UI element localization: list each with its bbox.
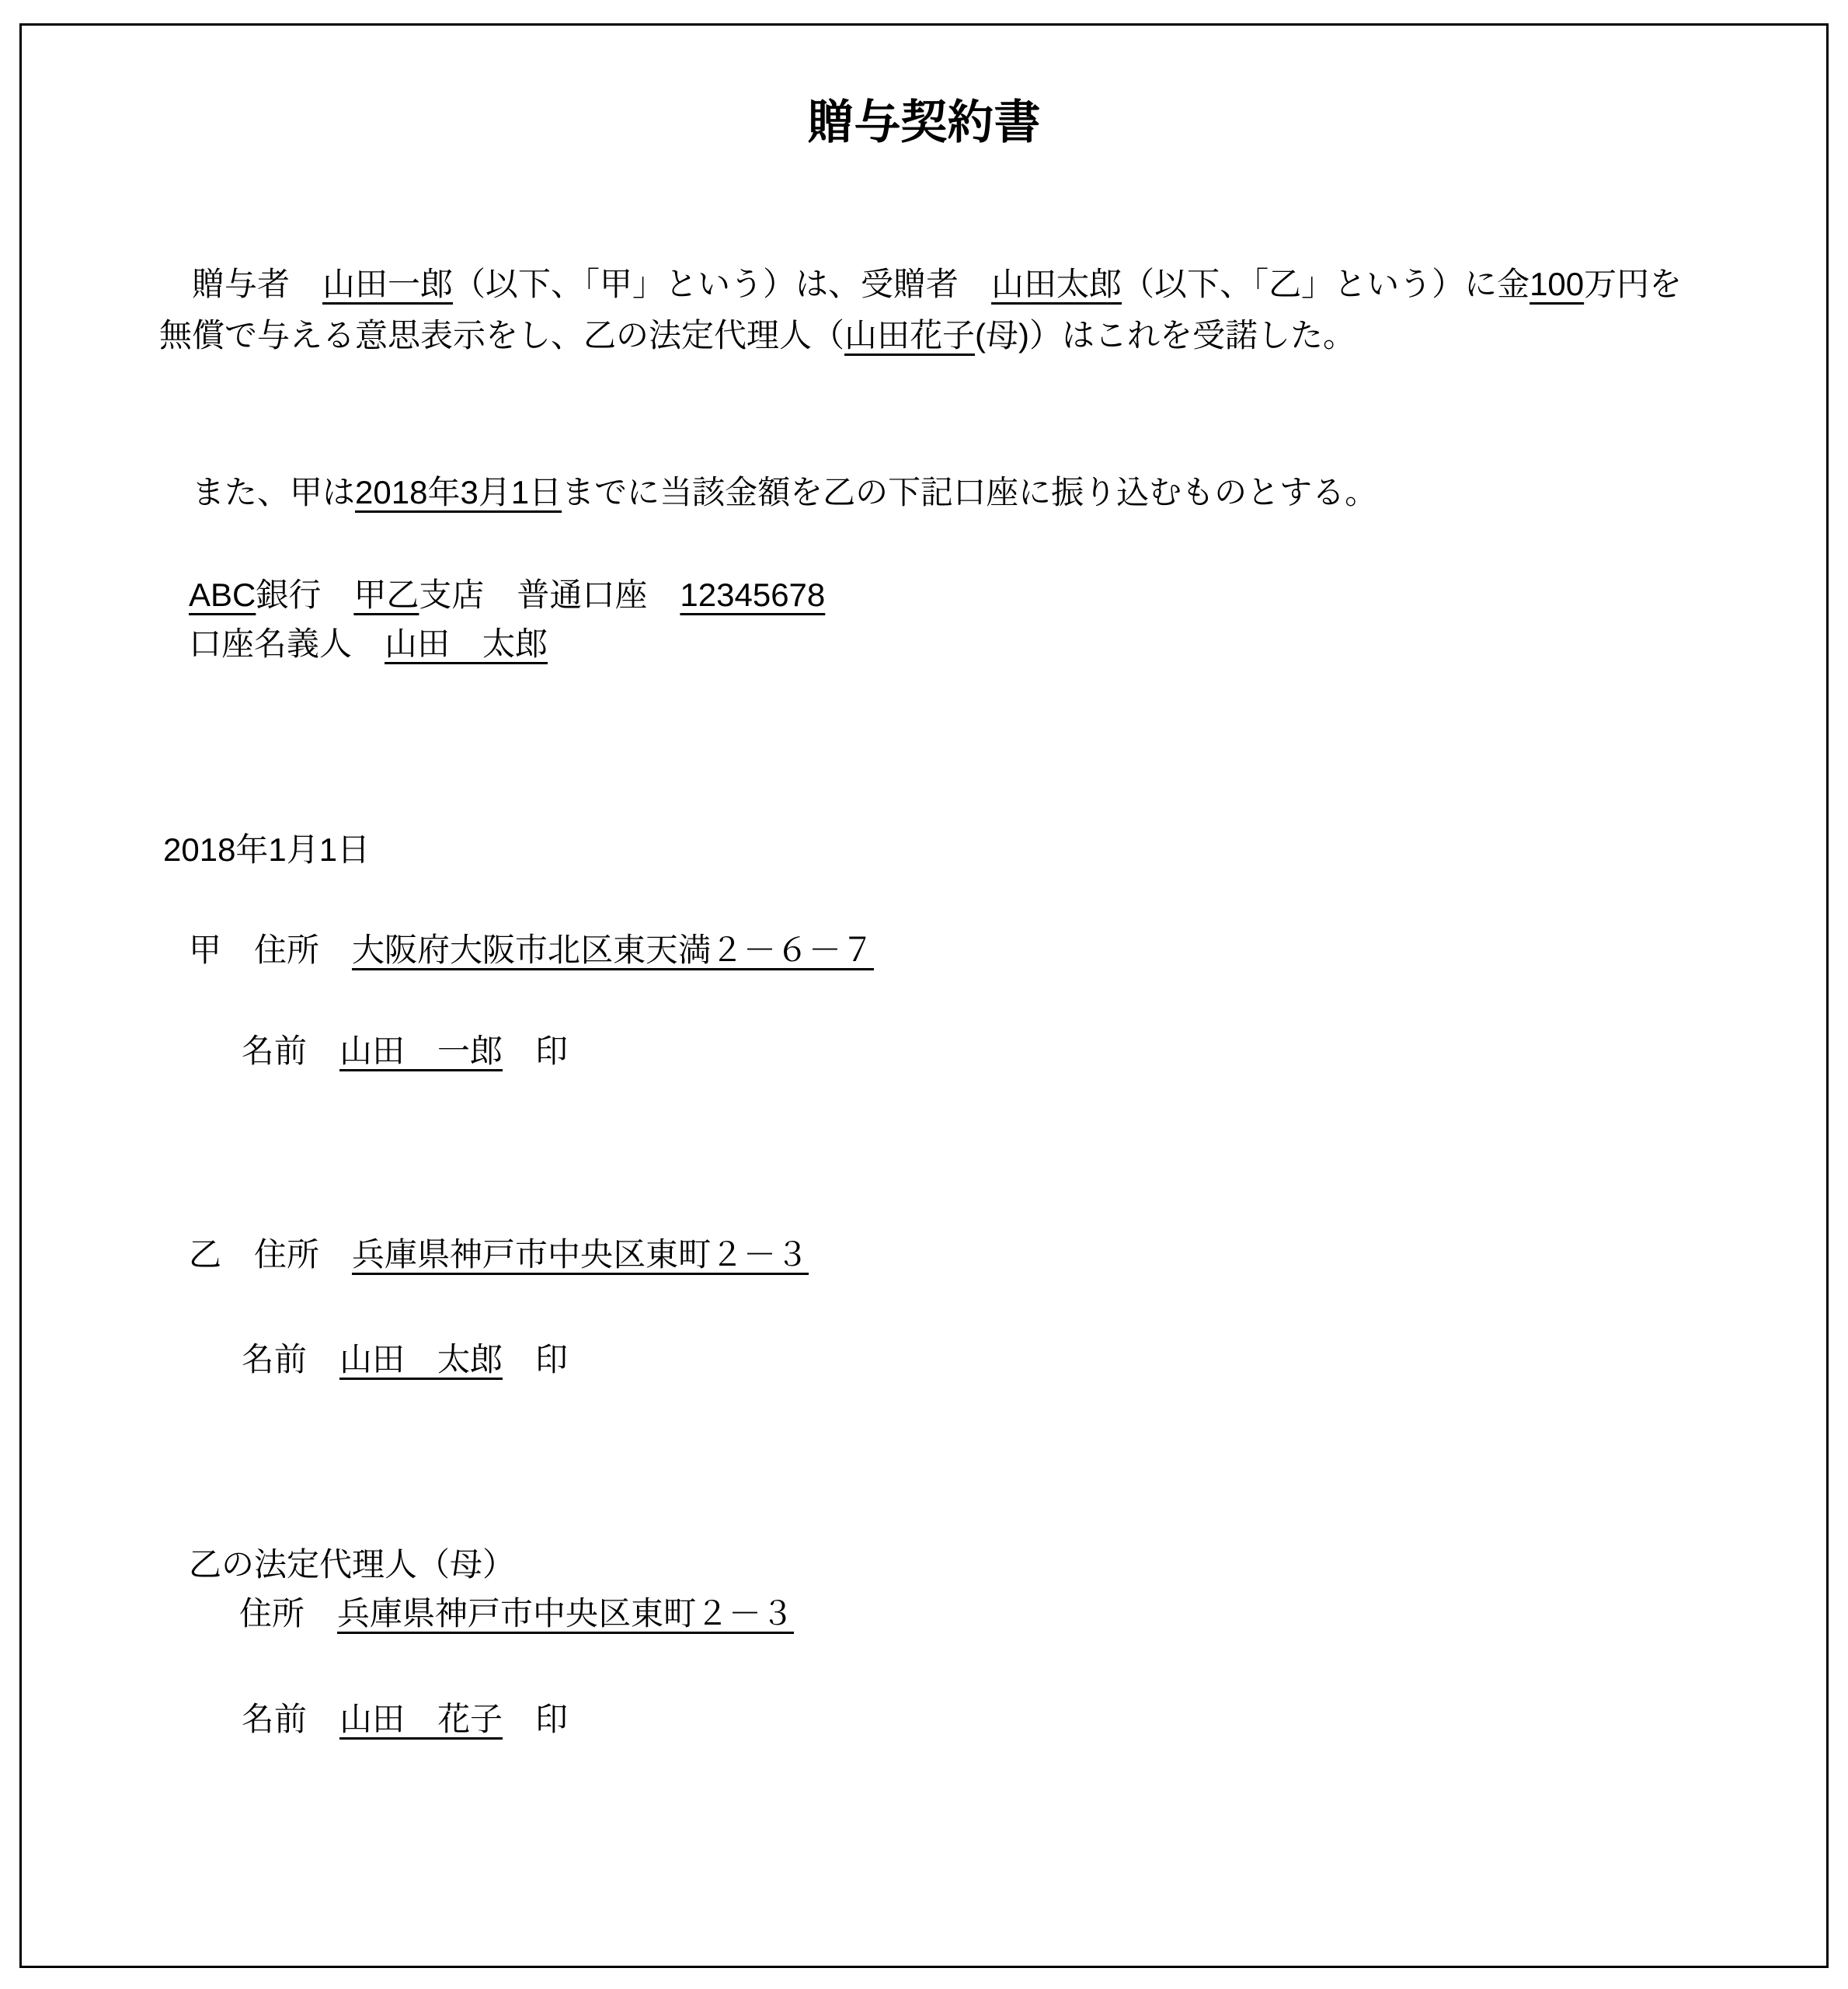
party-otsu-name-line: 名前 山田 太郎 印 xyxy=(242,1334,568,1385)
kou-name: 山田 一郎 xyxy=(339,1033,503,1069)
otsu-address: 兵庫県神戸市中央区東町２－３ xyxy=(352,1236,809,1273)
clause1-text: （以下、「甲」という）は、受贈者 xyxy=(453,266,991,302)
kou-address: 大阪府大阪市北区東天満２－６－７ xyxy=(352,932,874,968)
rep-name-label: 名前 xyxy=(242,1701,339,1737)
representative-name: 山田花子 xyxy=(844,317,975,354)
party-kou-name-line: 名前 山田 一郎 印 xyxy=(242,1026,568,1077)
representative-address-line: 住所 兵庫県神戸市中央区東町２－３ xyxy=(239,1588,794,1639)
bank-text: 銀行 xyxy=(256,576,353,613)
branch-name: 甲乙 xyxy=(353,576,419,613)
bank-name: ABC xyxy=(189,576,256,613)
representative-heading: 乙の法定代理人（母） xyxy=(189,1539,515,1590)
clause1-text: （以下、「乙」という）に金 xyxy=(1122,266,1530,302)
kou-address-label: 甲 住所 xyxy=(189,932,352,968)
holder-name: 山田 太郎 xyxy=(385,625,548,662)
rep-seal-label: 印 xyxy=(503,1701,568,1737)
donor-name: 山田一郎 xyxy=(322,266,453,302)
clause1-text: 贈与者 xyxy=(159,266,322,302)
clause2-line: また、甲は2018年3月1日までに当該金額を乙の下記口座に振り込むものとする。 xyxy=(159,467,1377,518)
clause1-line2: 無償で与える意思表示をし、乙の法定代理人（山田花子(母)）はこれを受諾した。 xyxy=(159,310,1356,361)
party-kou-address-line: 甲 住所 大阪府大阪市北区東天満２－６－７ xyxy=(189,925,874,976)
gift-contract-page: 贈与契約書 贈与者 山田一郎（以下、「甲」という）は、受贈者 山田太郎（以下、「… xyxy=(0,0,1848,1989)
account-number: 12345678 xyxy=(680,576,825,613)
kou-name-label: 名前 xyxy=(242,1033,339,1069)
otsu-name: 山田 太郎 xyxy=(339,1341,503,1378)
account-holder-line: 口座名義人 山田 太郎 xyxy=(189,618,548,670)
clause2-text: までに当該金額を乙の下記口座に振り込むものとする。 xyxy=(562,474,1377,510)
rep-address: 兵庫県神戸市中央区東町２－３ xyxy=(337,1595,794,1632)
clause1-text: (母)）はこれを受諾した。 xyxy=(975,317,1356,354)
clause2-text: また、甲は xyxy=(159,474,355,510)
contract-date: 2018年1月1日 xyxy=(163,824,370,876)
transfer-due-date: 2018年3月1日 xyxy=(355,474,562,510)
clause1-text: 万円を xyxy=(1584,266,1682,302)
otsu-seal-label: 印 xyxy=(503,1341,568,1378)
recipient-name: 山田太郎 xyxy=(991,266,1122,302)
otsu-name-label: 名前 xyxy=(242,1341,339,1378)
party-otsu-address-line: 乙 住所 兵庫県神戸市中央区東町２－３ xyxy=(189,1229,809,1280)
clause1-line1: 贈与者 山田一郎（以下、「甲」という）は、受贈者 山田太郎（以下、「乙」という）… xyxy=(159,259,1682,310)
otsu-address-label: 乙 住所 xyxy=(189,1236,352,1273)
document-title: 贈与契約書 xyxy=(0,90,1848,155)
gift-amount: 100 xyxy=(1530,266,1584,302)
representative-name-line: 名前 山田 花子 印 xyxy=(242,1694,568,1745)
rep-address-label: 住所 xyxy=(239,1595,337,1632)
bank-text: 支店 普通口座 xyxy=(419,576,680,613)
holder-label: 口座名義人 xyxy=(189,625,385,662)
rep-name: 山田 花子 xyxy=(339,1701,503,1737)
kou-seal-label: 印 xyxy=(503,1033,568,1069)
clause1-text: 無償で与える意思表示をし、乙の法定代理人（ xyxy=(159,317,844,354)
bank-account-line: ABC銀行 甲乙支店 普通口座 12345678 xyxy=(189,570,825,621)
